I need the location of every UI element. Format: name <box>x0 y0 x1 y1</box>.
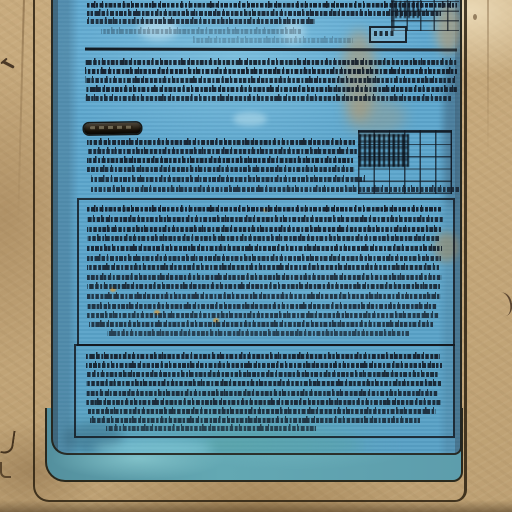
manuscript-script-line <box>87 138 355 145</box>
pen-mark-bottom-left <box>0 462 11 478</box>
blue-paper-sheet <box>51 0 462 455</box>
lower-text-box <box>74 344 455 438</box>
manuscript-script-line <box>87 234 439 241</box>
manuscript-script-line <box>86 370 438 377</box>
manuscript-script-line <box>87 263 439 270</box>
upper-text-box <box>77 198 455 346</box>
parchment-crease-left <box>17 0 25 225</box>
manuscript-script-line <box>90 416 420 423</box>
section-divider-rule <box>85 48 457 52</box>
manuscript-script-line <box>87 273 442 280</box>
manuscript-script-line <box>107 329 409 336</box>
light-patch-bottom <box>93 440 213 455</box>
manuscript-script-line <box>85 76 455 83</box>
ink-redaction-bar <box>84 123 141 135</box>
manuscript-script-line <box>87 156 353 163</box>
manuscript-script-line <box>86 398 441 405</box>
manuscript-script-line <box>87 215 443 222</box>
manuscript-script-line <box>86 352 440 359</box>
pen-mark-right-curl <box>496 291 512 317</box>
manuscript-script-line <box>101 27 301 34</box>
manuscript-script-line <box>85 94 451 101</box>
manuscript-script-line <box>85 58 457 65</box>
manuscript-script-line <box>193 36 353 43</box>
manuscript-script-line <box>87 147 357 154</box>
manuscript-script-line <box>87 1 457 8</box>
manuscript-script-line <box>91 185 462 192</box>
manuscript-script-line <box>91 175 365 182</box>
manuscript-script-line <box>86 389 438 396</box>
manuscript-script-line <box>87 282 440 289</box>
manuscript-script-line <box>86 361 442 368</box>
manuscript-script-line <box>87 9 441 16</box>
manuscript-script-line <box>87 244 442 251</box>
manuscript-script-line <box>87 254 441 261</box>
ink-speck-right <box>473 14 477 20</box>
manuscript-script-line <box>106 424 316 431</box>
manuscript-script-line <box>87 292 441 299</box>
parchment-crease-right <box>487 0 489 160</box>
manuscript-script-line <box>87 165 355 172</box>
light-patch-gap <box>233 112 267 126</box>
manuscript-script-line <box>87 302 437 309</box>
manuscript-script-line <box>85 85 457 92</box>
manuscript-script-line <box>87 17 315 24</box>
manuscript-script-line <box>85 67 457 74</box>
manuscript-script-line <box>86 379 441 386</box>
manuscript-script-line <box>87 311 439 318</box>
pen-mark-left-hook <box>0 429 15 454</box>
manuscript-script-line <box>87 205 441 212</box>
manuscript-script-line <box>89 320 433 327</box>
manuscript-page <box>0 0 512 512</box>
manuscript-script-line <box>87 225 441 232</box>
stamp-box <box>369 26 407 43</box>
manuscript-script-line <box>88 407 436 414</box>
